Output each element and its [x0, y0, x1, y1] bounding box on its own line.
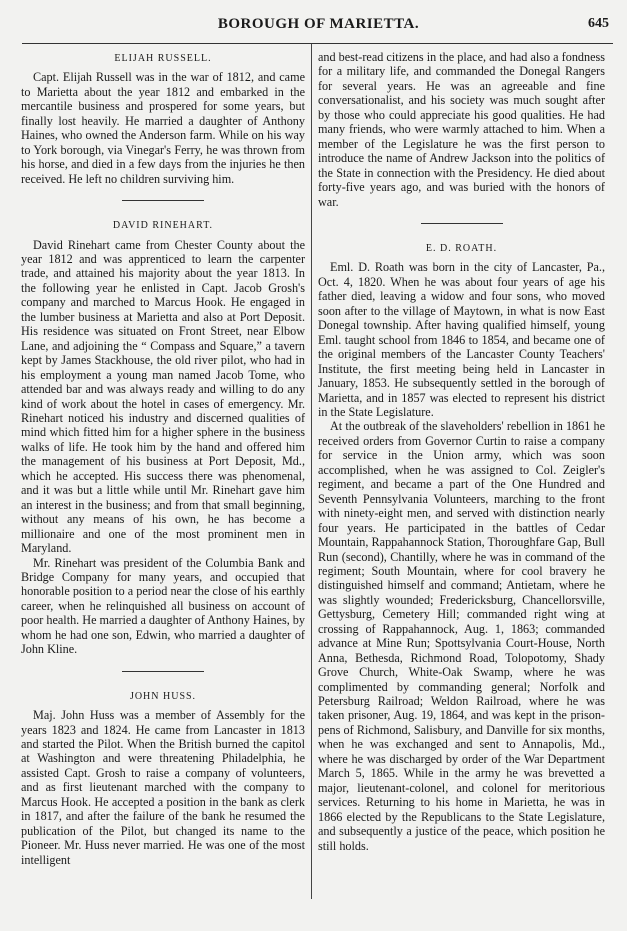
page-header: BOROUGH OF MARIETTA. 645 — [22, 14, 615, 36]
paragraph: Eml. D. Roath was born in the city of La… — [318, 260, 605, 419]
section-elijah-russell: ELIJAH RUSSELL. Capt. Elijah Russell was… — [21, 52, 305, 186]
section-heading: DAVID RINEHART. — [21, 219, 305, 233]
column-divider — [311, 44, 312, 899]
page-number: 645 — [588, 16, 609, 32]
paragraph: Capt. Elijah Russell was in the war of 1… — [21, 70, 305, 186]
running-title: BOROUGH OF MARIETTA. — [22, 16, 615, 33]
paragraph: David Rinehart came from Chester County … — [21, 238, 305, 556]
header-rule — [22, 43, 613, 44]
section-heading: E. D. ROATH. — [318, 242, 605, 256]
right-column: and best-read citizens in the place, and… — [318, 50, 605, 853]
section-separator — [421, 223, 503, 224]
left-column: ELIJAH RUSSELL. Capt. Elijah Russell was… — [21, 49, 305, 867]
section-separator — [122, 200, 204, 201]
section-john-huss: JOHN HUSS. Maj. John Huss was a member o… — [21, 690, 305, 867]
continued-paragraph: and best-read citizens in the place, and… — [318, 50, 605, 209]
section-ed-roath: E. D. ROATH. Eml. D. Roath was born in t… — [318, 242, 605, 853]
section-david-rinehart: DAVID RINEHART. David Rinehart came from… — [21, 219, 305, 657]
paragraph: Maj. John Huss was a member of Assembly … — [21, 708, 305, 867]
section-heading: JOHN HUSS. — [21, 690, 305, 704]
paragraph: Mr. Rinehart was president of the Columb… — [21, 556, 305, 657]
section-heading: ELIJAH RUSSELL. — [21, 52, 305, 66]
paragraph: At the outbreak of the slaveholders' reb… — [318, 419, 605, 853]
section-separator — [122, 671, 204, 672]
